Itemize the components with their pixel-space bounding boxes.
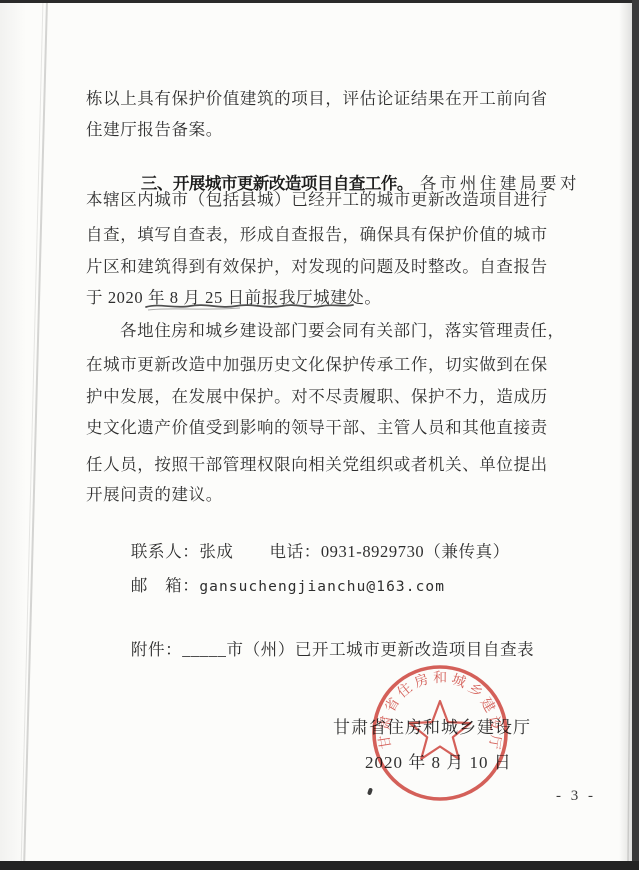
attachment-blank: _____ [182, 640, 226, 659]
email-line: 邮 箱：gansuchengjianchu@163.com [112, 553, 445, 620]
seal-ring [374, 667, 506, 799]
body-line: 自查，填写自查表，形成自查报告，确保具有保护价值的城市 [86, 224, 548, 246]
email-label: 邮 箱： [131, 576, 199, 595]
body-line: 护中发展，在发展中保护。对不尽责履职、保护不力，造成历 [86, 386, 548, 408]
body-line: 开展问责的建议。 [86, 484, 223, 506]
body-line: 在城市更新改造中加强历史文化保护传承工作，切实做到在保 [86, 354, 548, 376]
body-line: 片区和建筑得到有效保护，对发现的问题及时整改。自查报告 [86, 256, 548, 278]
scanned-document-page: 栋以上具有保护价值建筑的项目，评估论证结果在开工前向省 住建厅报告备案。 三、开… [0, 0, 639, 870]
scan-shadow-right [619, 0, 632, 870]
email-address: gansuchengjianchu@163.com [199, 579, 445, 595]
seal-star-icon [410, 701, 471, 759]
scan-shadow-left [0, 0, 26, 870]
body-line: 住建厅报告备案。 [86, 119, 223, 141]
scan-edge-top [0, 0, 639, 3]
attachment-title: 市（州）已开工城市更新改造项目自查表 [226, 640, 534, 659]
scan-edge-right [632, 0, 639, 870]
body-line: 任人员，按照干部管理权限向相关党组织或者机关、单位提出 [86, 454, 548, 476]
body-line: 史文化遗产价值受到影响的领导干部、主管人员和其他直接责 [86, 417, 548, 439]
body-line: 各地住房和城乡建设部门要会同有关部门，落实管理责任， [120, 320, 565, 342]
body-line: 栋以上具有保护价值建筑的项目，评估论证结果在开工前向省 [86, 88, 548, 110]
page-number: - 3 - [556, 785, 596, 807]
attachment-label: 附件： [131, 640, 182, 659]
scan-edge-bottom [0, 861, 639, 870]
body-line: 本辖区内城市（包括县城）已经开工的城市更新改造项目进行 [86, 189, 548, 211]
official-seal: 甘肃省住房和城乡建设厅 [365, 658, 515, 808]
handwritten-underline [144, 299, 356, 315]
